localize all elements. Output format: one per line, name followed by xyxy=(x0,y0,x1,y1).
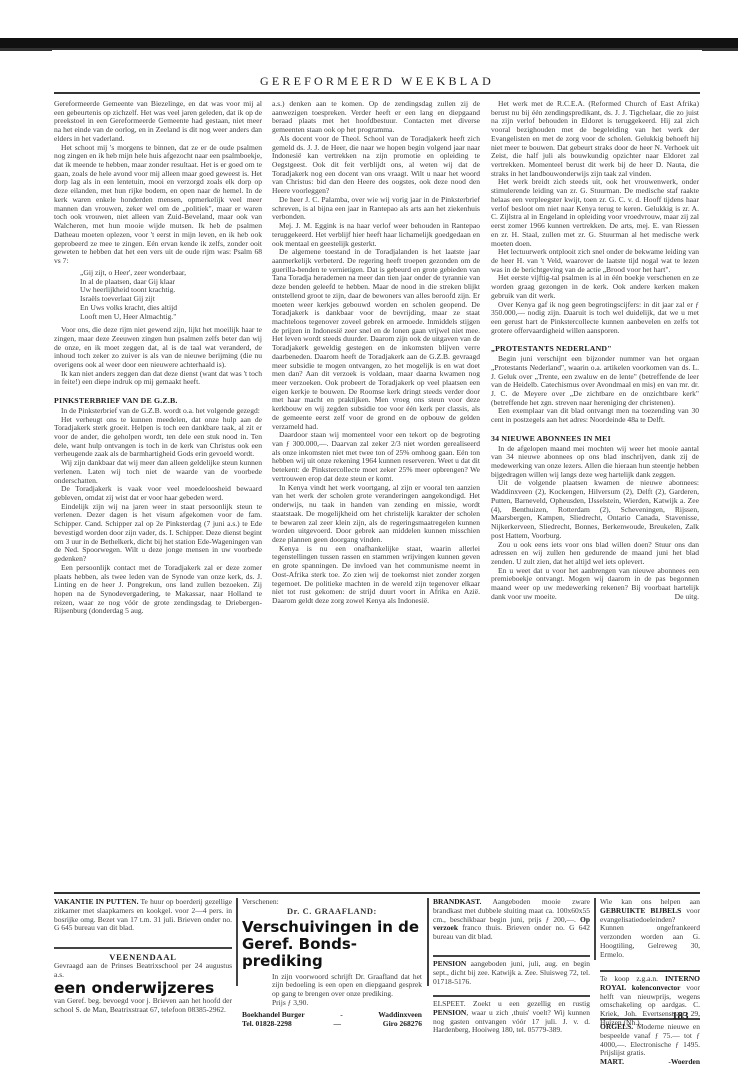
ad-footer: MART. VERMEULEN - Woerden xyxy=(600,1058,700,1068)
ads-top-rule xyxy=(54,892,700,894)
page-number: 183 xyxy=(672,1010,689,1022)
ad-divider xyxy=(236,898,238,986)
paragraph: Ik kan niet anders zeggen dan dat deze d… xyxy=(54,370,262,387)
ad-gebruikte-bijbels: Wie kan ons helpen aan GEBRUIKTE BIJBELS… xyxy=(600,898,700,960)
ad-author: Dr. C. GRAAFLAND: xyxy=(242,908,422,917)
ad-lead: Wie kan ons helpen aan xyxy=(600,897,700,906)
ad-headline: een onderwijzeres xyxy=(54,979,232,997)
ad-divider xyxy=(427,898,429,986)
paragraph: Zou u ook eens iets voor ons blad willen… xyxy=(491,541,699,567)
ad-divider xyxy=(594,898,596,960)
ad-body: van Geref. beg. bevoegd voor j. Brieven … xyxy=(54,997,232,1015)
paragraph: Over Kenya gaf ik nog geen begrotingscij… xyxy=(491,301,699,336)
paragraph: Als docent voor de Theol. School van de … xyxy=(272,135,480,196)
column-3: Het werk met de R.C.E.A. (Reformed Churc… xyxy=(491,100,699,602)
paragraph: De algemene toestand in de Toradjalanden… xyxy=(272,248,480,431)
ad-headline: PENSION xyxy=(433,1008,466,1017)
ad-description: In zijn voorwoord schrijft Dr. Graafland… xyxy=(272,973,422,999)
paragraph: Het eerste vijftig-tal psalmen is al in … xyxy=(491,274,699,300)
paragraph: Daardoor staan wij momenteel voor een te… xyxy=(272,431,480,483)
ad-orgels: ORGELS. Moderne nieuwe en bespeelde vana… xyxy=(600,1023,700,1068)
paragraph: Wij zijn dankbaar dat wij meer dan allee… xyxy=(54,459,262,485)
ad-pension-katwijk: PENSION aangeboden juni, juli, aug. en b… xyxy=(433,960,590,986)
newspaper-page: GEREFORMEERD WEEKBLAD Gereformeerde Geme… xyxy=(52,50,702,1060)
paragraph: Begin juni verschijnt een bijzonder numm… xyxy=(491,355,699,407)
ad-headline: GEBRUIKTE BIJBELS xyxy=(600,906,681,915)
dash: — xyxy=(333,1020,341,1029)
ad-lead: ELSPEET. Zoekt u een gezellig en rustig xyxy=(433,999,590,1008)
poem-line: Looft men U, Heer Almachtig." xyxy=(80,313,262,322)
section-heading-pinksterbrief: PINKSTERBRIEF VAN DE G.Z.B. xyxy=(54,397,262,406)
ad-brandkast: BRANDKAST. Aangeboden mooie zware brandk… xyxy=(433,898,590,942)
ad-body: voor evangelisatiedoeleinden? Kunnen ong… xyxy=(600,906,700,959)
section-heading-protestants-nederland: „PROTESTANTS NEDERLAND" xyxy=(491,345,699,354)
ad-divider xyxy=(600,970,700,972)
dealer-city: Woerden xyxy=(671,1058,700,1068)
ad-price: Prijs ƒ 3,90. xyxy=(272,999,422,1008)
ad-vakantie-putten: VAKANTIE IN PUTTEN. Te huur op boerderij… xyxy=(54,898,232,933)
ad-pension-elspeet: ELSPEET. Zoekt u een gezellig en rustig … xyxy=(433,1000,590,1035)
psalm-quote: „Gij zijt, o Heer', zeer wonderbaar, In … xyxy=(80,269,262,322)
paragraph: Het lectuurwerk ontplooit zich snel onde… xyxy=(491,248,699,274)
paragraph: Voor ons, die deze rijm niet gewend zijn… xyxy=(54,326,262,370)
ad-headline: ORGELS. xyxy=(600,1022,633,1031)
paragraph: Kenya is nu een onafhankelijke staat, wa… xyxy=(272,545,480,606)
paragraph: De heer J. C. Palamba, over wie wij vori… xyxy=(272,196,480,222)
paragraph: Het werk met de R.C.E.A. (Reformed Churc… xyxy=(491,100,699,178)
masthead-rule xyxy=(54,92,700,94)
ad-lead: Te koop z.g.a.n. xyxy=(600,974,665,983)
paragraph: Mej. J. M. Eggink is na haar verlof weer… xyxy=(272,222,480,248)
paragraph: Het schoot mij 's morgens te binnen, dat… xyxy=(54,144,262,266)
paragraph: Het werk breidt zich steeds uit, ook het… xyxy=(491,178,699,248)
paragraph: Eindelijk zijn wij na jaren weer in staa… xyxy=(54,503,262,564)
paragraph: Gereformeerde Gemeente van Biezelinge, e… xyxy=(54,100,262,144)
publisher-phone: Tel. 01828-2298 xyxy=(242,1020,292,1029)
paragraph: a.s.) denken aan te komen. Op de zending… xyxy=(272,100,480,135)
paragraph: Een persoonlijk contact met de Toradjake… xyxy=(54,564,262,616)
ad-divider xyxy=(433,955,590,957)
ad-intro: Gevraagd aan de Prinses Beatrixschool pe… xyxy=(54,962,232,980)
dealer-name: MART. VERMEULEN xyxy=(600,1058,668,1068)
ad-contact-line: Tel. 01828-2298 — Giro 268276 xyxy=(242,1020,422,1029)
ad-headline: VAKANTIE IN PUTTEN. xyxy=(54,897,138,906)
paragraph: In Kenya vindt het werk voortgang, al zi… xyxy=(272,484,480,545)
ad-headline: PENSION xyxy=(433,959,466,968)
ad-book-title: Verschuivingen in de Geref. Bonds-predik… xyxy=(242,919,422,970)
ad-veenendaal: VEENENDAAL Gevraagd aan de Prinses Beatr… xyxy=(54,953,232,1015)
ad-divider xyxy=(54,947,232,949)
section-heading-nieuwe-abonnees: 34 NIEUWE ABONNEES IN MEI xyxy=(491,435,699,444)
ad-divider xyxy=(433,995,590,997)
paragraph: De Toradjakerk is vaak voor veel moedelo… xyxy=(54,485,262,502)
publisher-giro: Giro 268276 xyxy=(383,1020,422,1029)
paragraph: Het verheugt ons te kunnen meedelen, dat… xyxy=(54,416,262,460)
ad-label: Verschenen: xyxy=(242,898,422,907)
paragraph: Een exemplaar van dit blad ontvangt men … xyxy=(491,407,699,424)
paragraph: Uit de volgende plaatsen kwamen de nieuw… xyxy=(491,479,699,540)
ad-headline: BRANDKAST. xyxy=(433,897,481,906)
paragraph: In de afgelopen maand mei mochten wij we… xyxy=(491,445,699,480)
column-2: a.s.) denken aan te komen. Op de zending… xyxy=(272,100,480,606)
masthead-title: GEREFORMEERD WEEKBLAD xyxy=(52,74,702,89)
ad-book-graafland: Verschenen: Dr. C. GRAAFLAND: Verschuivi… xyxy=(242,898,422,1028)
column-1: Gereformeerde Gemeente van Biezelinge, e… xyxy=(54,100,262,616)
